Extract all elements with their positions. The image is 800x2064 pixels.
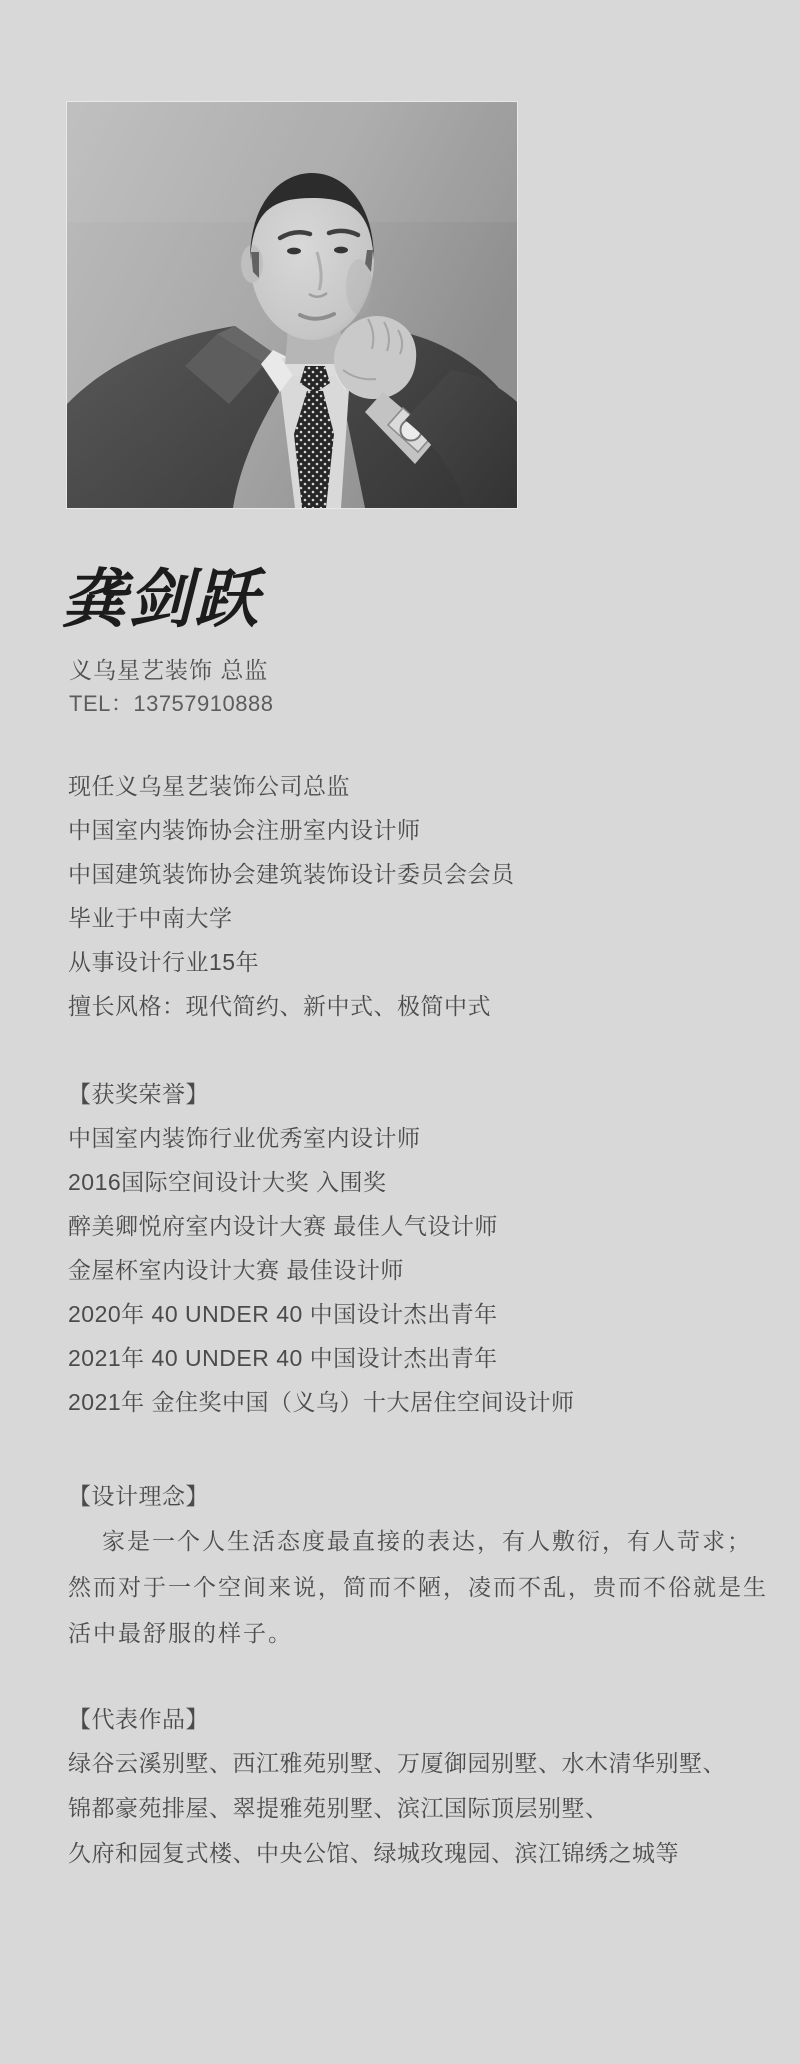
bio-line: 中国建筑装饰协会建筑装饰设计委员会会员 [68, 852, 515, 896]
bio-line: 从事设计行业15年 [68, 940, 515, 984]
philosophy-line: 家是一个人生活态度最直接的表达，有人敷衍，有人苛求； [68, 1518, 768, 1564]
philosophy-line: 然而对于一个空间来说，简而不陋，凌而不乱，贵而不俗就是生 [68, 1564, 768, 1610]
award-line: 2021年 40 UNDER 40 中国设计杰出青年 [68, 1336, 575, 1380]
bio-line: 毕业于中南大学 [68, 896, 515, 940]
award-line: 金屋杯室内设计大赛 最佳设计师 [68, 1248, 575, 1292]
award-line: 2020年 40 UNDER 40 中国设计杰出青年 [68, 1292, 575, 1336]
works-line: 锦都豪苑排屋、翠提雅苑别墅、滨江国际顶层别墅、 [68, 1786, 726, 1831]
award-line: 中国室内装饰行业优秀室内设计师 [68, 1116, 575, 1160]
works-line: 久府和园复式楼、中央公馆、绿城玫瑰园、滨江锦绣之城等 [68, 1831, 726, 1876]
portrait-illustration [67, 102, 517, 508]
philosophy-heading: 【设计理念】 [68, 1474, 768, 1518]
awards-section: 【获奖荣誉】 中国室内装饰行业优秀室内设计师 2016国际空间设计大奖 入围奖 … [68, 1072, 575, 1424]
philosophy-section: 【设计理念】 家是一个人生活态度最直接的表达，有人敷衍，有人苛求； 然而对于一个… [68, 1474, 768, 1656]
philosophy-line: 活中最舒服的样子。 [68, 1610, 768, 1656]
award-line: 2021年 金住奖中国（义乌）十大居住空间设计师 [68, 1380, 575, 1424]
bio-line: 擅长风格：现代简约、新中式、极简中式 [68, 984, 515, 1028]
designer-name: 龚剑跃 [62, 556, 260, 644]
bio-section: 现任义乌星艺装饰公司总监 中国室内装饰协会注册室内设计师 中国建筑装饰协会建筑装… [68, 764, 515, 1028]
page-container: 龚剑跃 义乌星艺装饰 总监 TEL：13757910888 现任义乌星艺装饰公司… [0, 0, 800, 2064]
award-line: 醉美卿悦府室内设计大赛 最佳人气设计师 [68, 1204, 575, 1248]
profile-photo [67, 102, 517, 508]
bio-line: 中国室内装饰协会注册室内设计师 [68, 808, 515, 852]
bio-line: 现任义乌星艺装饰公司总监 [68, 764, 515, 808]
works-section: 【代表作品】 绿谷云溪别墅、西江雅苑别墅、万厦御园别墅、水木清华别墅、 锦都豪苑… [68, 1697, 726, 1876]
company-title: 义乌星艺装饰 总监 [69, 657, 268, 684]
profile-page: { "page": { "background_color": "#d8d8d8… [0, 0, 800, 2064]
works-line: 绿谷云溪别墅、西江雅苑别墅、万厦御园别墅、水木清华别墅、 [68, 1741, 726, 1786]
award-line: 2016国际空间设计大奖 入围奖 [68, 1160, 575, 1204]
awards-heading: 【获奖荣誉】 [68, 1072, 575, 1116]
phone-number: TEL：13757910888 [69, 691, 273, 717]
works-heading: 【代表作品】 [68, 1697, 726, 1741]
